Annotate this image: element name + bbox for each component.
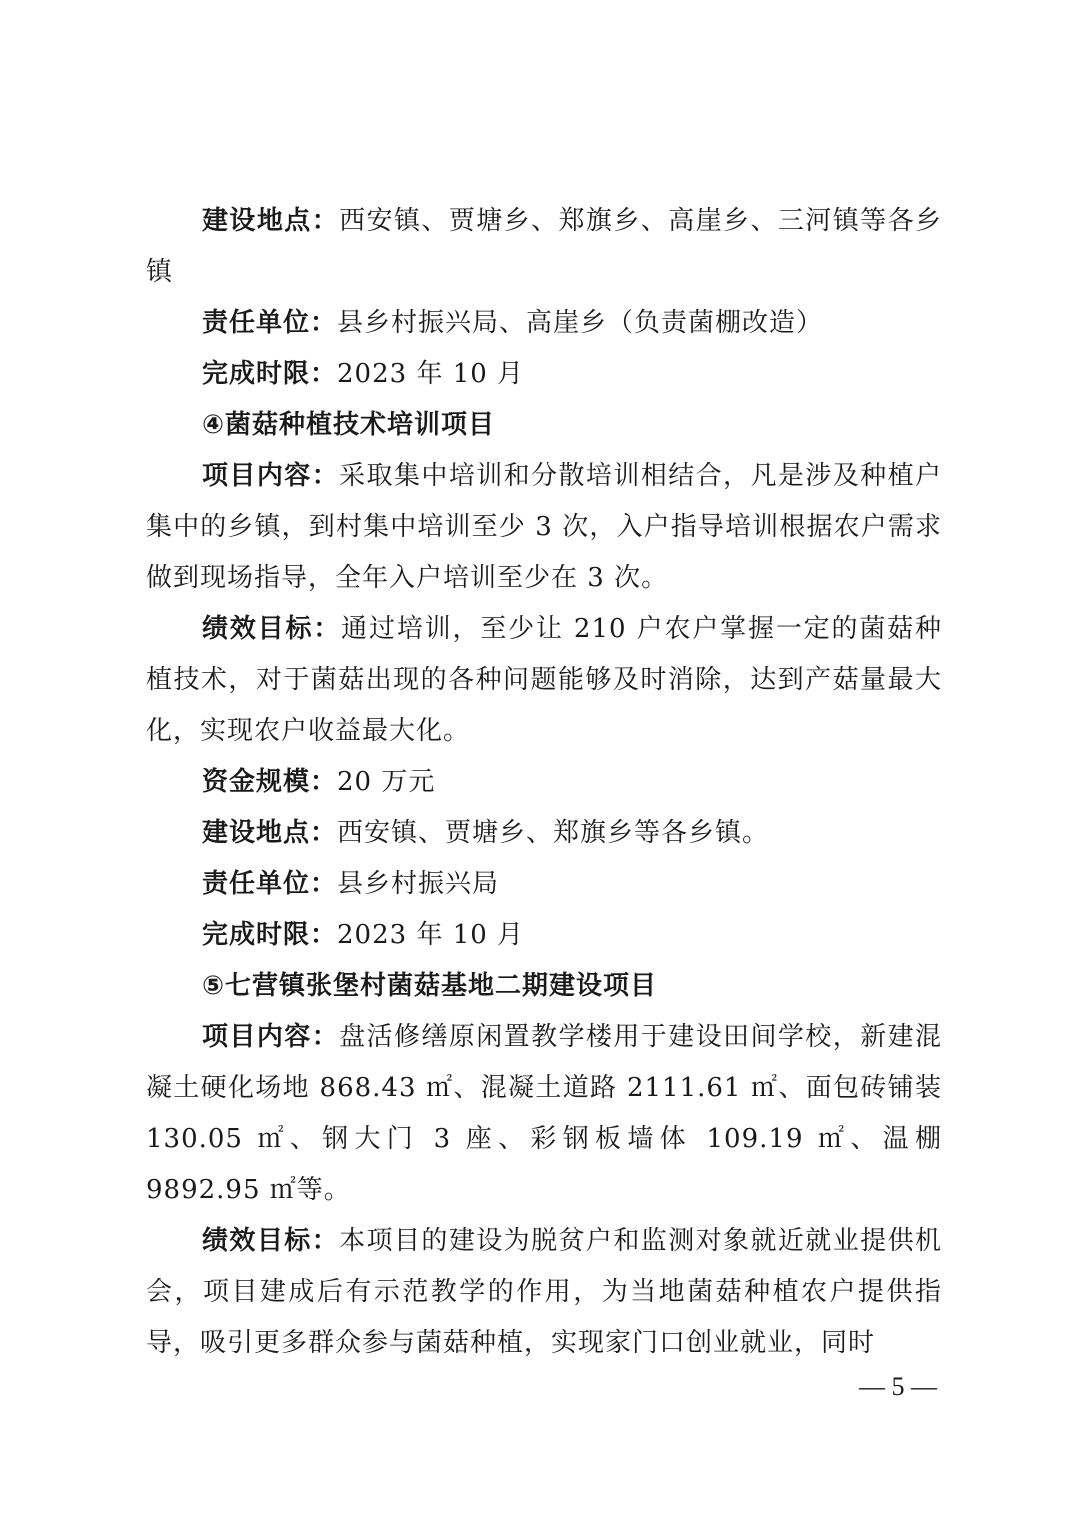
project-5-goal: 绩效目标：本项目的建设为脱贫户和监测对象就近就业提供机会，项目建成后有示范教学的… [146,1216,942,1369]
deadline-label: 完成时限： [202,920,337,950]
content-label: 项目内容： [202,1022,339,1052]
location-paragraph: 建设地点：西安镇、贾塘乡、郑旗乡、高崖乡、三河镇等各乡镇 [146,196,942,298]
document-page: 建设地点：西安镇、贾塘乡、郑旗乡、高崖乡、三河镇等各乡镇 责任单位：县乡村振兴局… [146,196,942,1369]
page-number: — 5 — [848,1372,948,1402]
content-label: 项目内容： [202,461,339,491]
project-4-title: ④菌菇种植技术培训项目 [146,400,942,451]
funding-label: 资金规模： [202,767,337,797]
goal-label: 绩效目标： [202,614,341,644]
deadline-value: 2023 年 10 月 [337,920,524,950]
project-4-deadline: 完成时限：2023 年 10 月 [146,910,942,961]
project-4-responsible: 责任单位：县乡村振兴局 [146,859,942,910]
responsible-paragraph: 责任单位：县乡村振兴局、高崖乡（负责菌棚改造） [146,298,942,349]
deadline-value: 2023 年 10 月 [337,359,524,389]
project-4-funding: 资金规模：20 万元 [146,757,942,808]
location-label: 建设地点： [202,206,339,236]
deadline-label: 完成时限： [202,359,337,389]
funding-value: 20 万元 [337,767,435,797]
responsible-value: 县乡村振兴局 [337,869,499,899]
responsible-label: 责任单位： [202,308,337,338]
responsible-label: 责任单位： [202,869,337,899]
deadline-paragraph: 完成时限：2023 年 10 月 [146,349,942,400]
project-4-goal: 绩效目标：通过培训，至少让 210 户农户掌握一定的菌菇种植技术，对于菌菇出现的… [146,604,942,757]
location-value: 西安镇、贾塘乡、郑旗乡等各乡镇。 [337,818,769,848]
project-4-location: 建设地点：西安镇、贾塘乡、郑旗乡等各乡镇。 [146,808,942,859]
project-5-content: 项目内容：盘活修缮原闲置教学楼用于建设田间学校，新建混凝土硬化场地 868.43… [146,1012,942,1216]
responsible-value: 县乡村振兴局、高崖乡（负责菌棚改造） [337,308,823,338]
project-4-content: 项目内容：采取集中培训和分散培训相结合，凡是涉及种植户集中的乡镇，到村集中培训至… [146,451,942,604]
project-5-title: ⑤七营镇张堡村菌菇基地二期建设项目 [146,961,942,1012]
goal-label: 绩效目标： [202,1226,339,1256]
location-label: 建设地点： [202,818,337,848]
